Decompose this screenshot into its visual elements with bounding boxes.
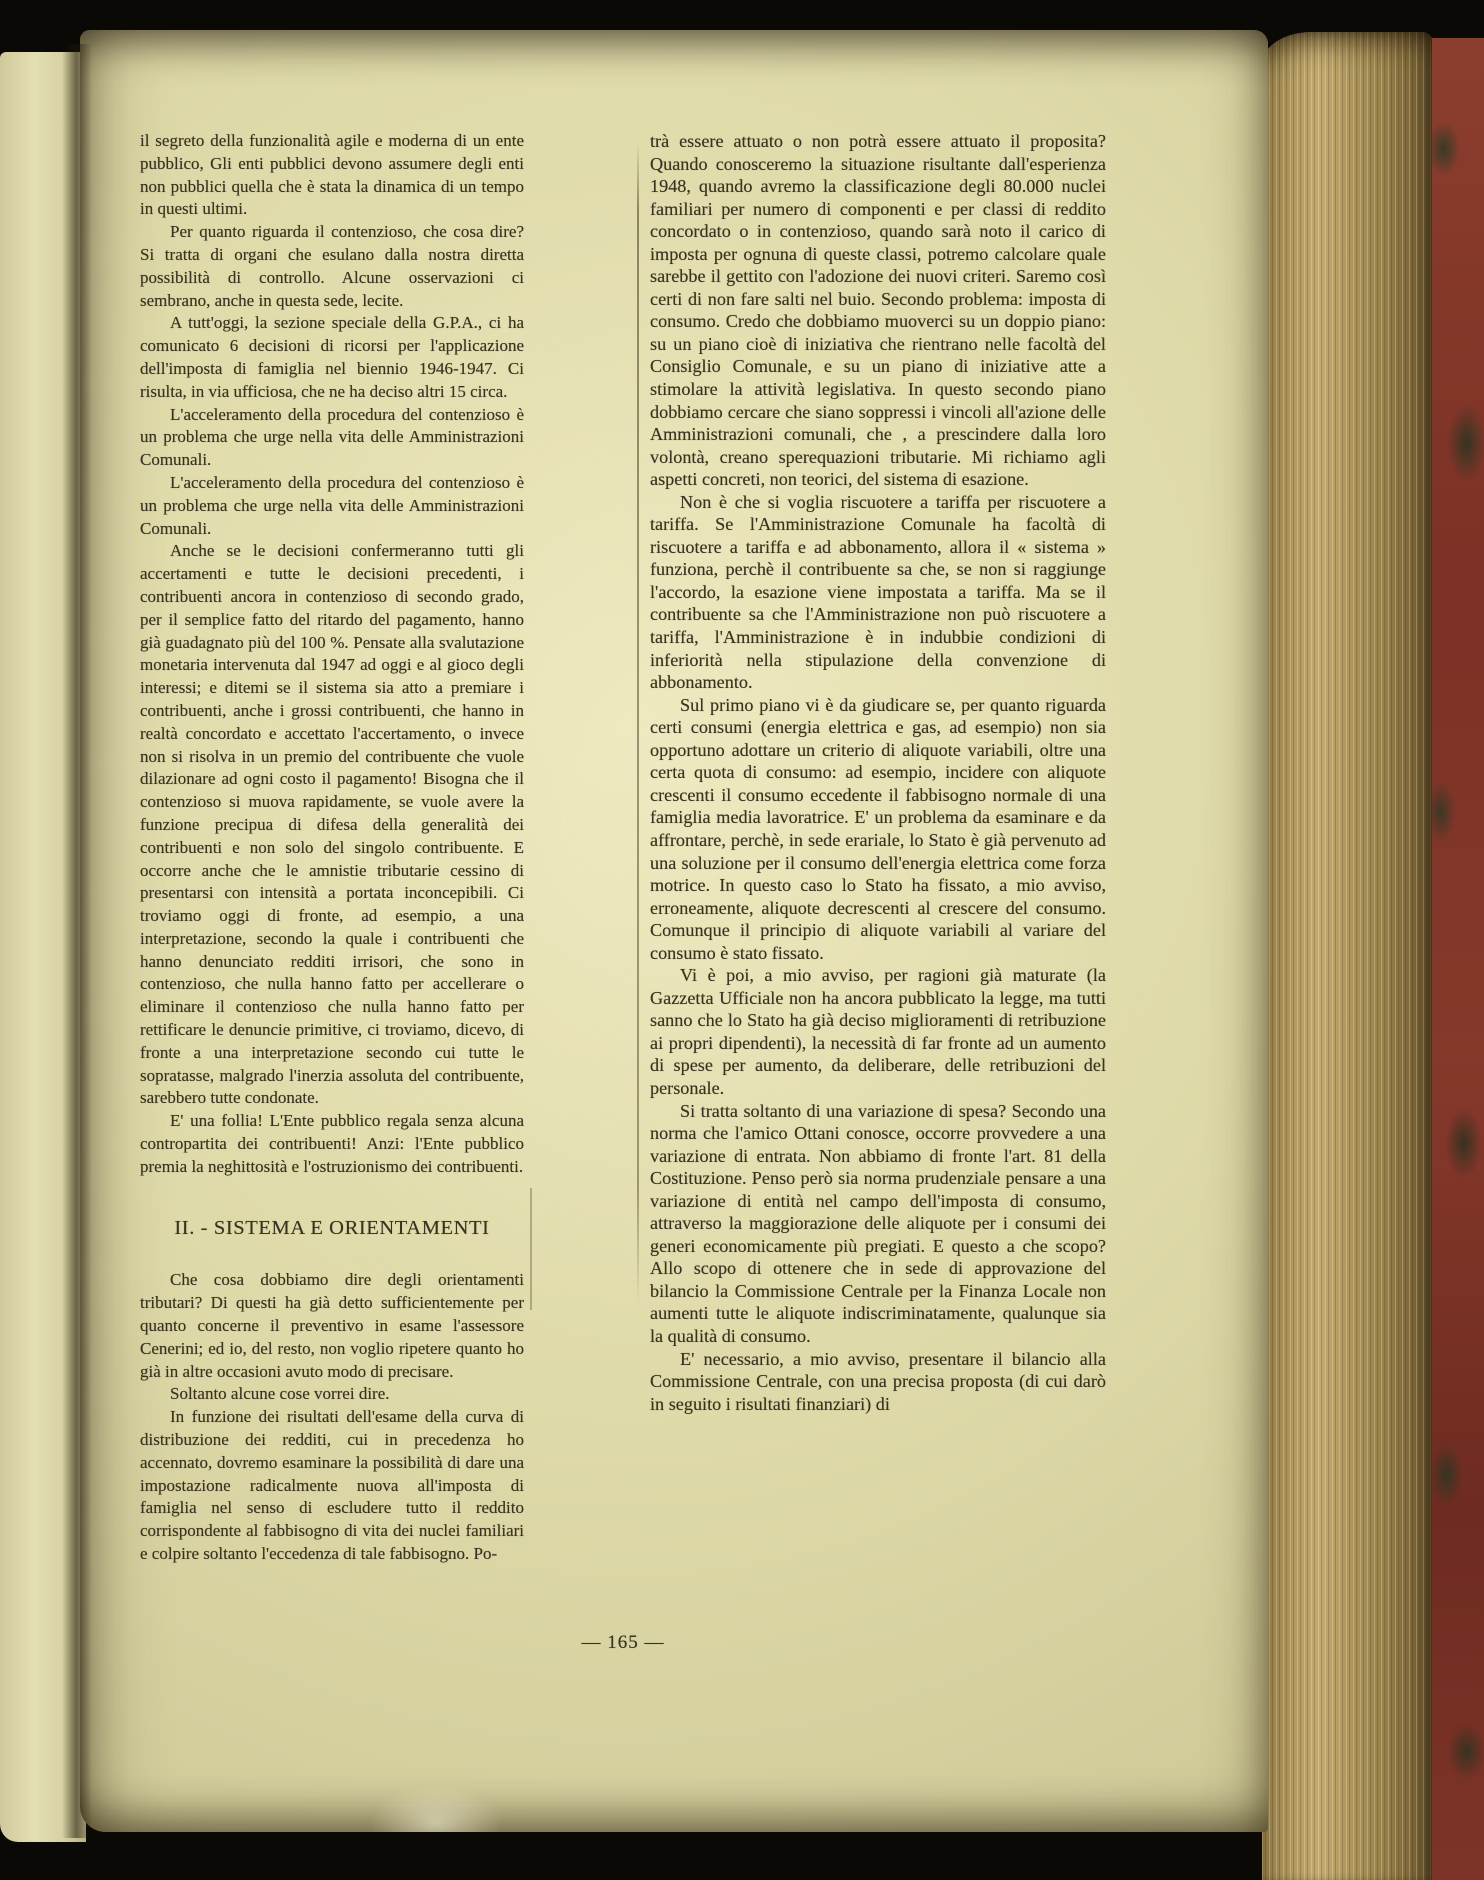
paragraph: Sul primo piano vi è da giudicare se, pe… (650, 694, 1106, 965)
column-divider (637, 142, 639, 1304)
left-column-top-paragraphs: il segreto della funzionalità agile e mo… (140, 130, 524, 1179)
fore-edge-page-stack (1262, 32, 1432, 1880)
paragraph: Che cosa dobbiamo dire degli orientament… (140, 1269, 524, 1383)
text-column-right: trà essere attuato o non potrà essere at… (650, 130, 1106, 1415)
column-divider-segment (530, 1188, 532, 1310)
section-heading: II. - SISTEMA E ORIENTAMENTI (140, 1217, 524, 1240)
paragraph: Si tratta soltanto di una variazione di … (650, 1100, 1106, 1348)
paragraph: A tutt'oggi, la sezione speciale della G… (140, 312, 524, 403)
paragraph: E' una follia! L'Ente pubblico regala se… (140, 1110, 524, 1178)
paragraph: L'acceleramento della procedura del cont… (140, 404, 524, 472)
paragraph: il segreto della funzionalità agile e mo… (140, 130, 524, 221)
paragraph: In funzione dei risultati dell'esame del… (140, 1406, 524, 1566)
paragraph: Per quanto riguarda il contenzioso, che … (140, 221, 524, 312)
paragraph: Soltanto alcune cose vorrei dire. (140, 1383, 524, 1406)
marbled-cover-edge (1426, 38, 1484, 1880)
book-scan: il segreto della funzionalità agile e mo… (0, 0, 1484, 1880)
paragraph: Non è che si voglia riscuotere a tariffa… (650, 491, 1106, 694)
text-column-left: il segreto della funzionalità agile e mo… (140, 130, 524, 1566)
paragraph: E' necessario, a mio avviso, presentare … (650, 1348, 1106, 1416)
paragraph: trà essere attuato o non potrà essere at… (650, 130, 1106, 491)
paragraph: Vi è poi, a mio avviso, per ragioni già … (650, 964, 1106, 1099)
left-column-bottom-paragraphs: Che cosa dobbiamo dire degli orientament… (140, 1269, 524, 1565)
paragraph: Anche se le decisioni confermeranno tutt… (140, 540, 524, 1110)
paragraph: L'acceleramento della procedura del cont… (140, 472, 524, 540)
page-number: — 165 — (140, 1632, 1106, 1654)
previous-page-edge (0, 52, 86, 1842)
